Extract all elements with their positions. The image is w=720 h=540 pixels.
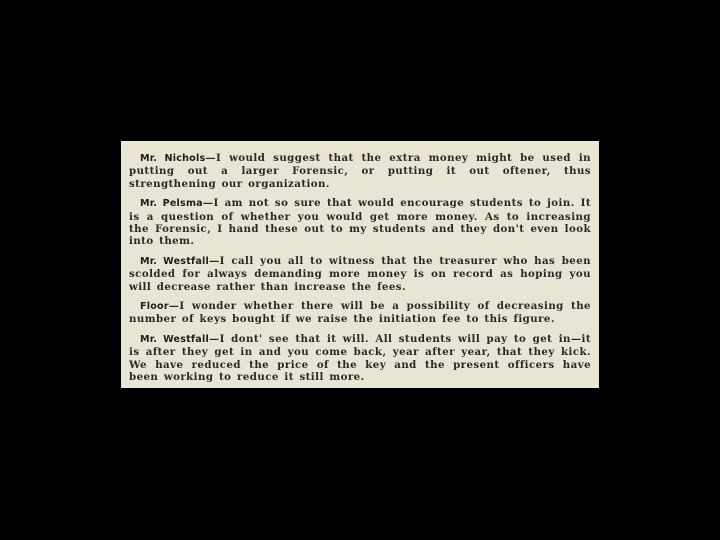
paragraph-westfall-2: Mr. Westfall—I dont' see that it will. A… — [129, 333, 591, 384]
paragraph-pelsma: Mr. Pelsma—I am not so sure that would e… — [129, 197, 591, 248]
clipping-text: Mr. Nichols—I would suggest that the ext… — [129, 152, 591, 391]
dash: — — [209, 333, 220, 345]
paragraph-text: I wonder whether there will be a possibi… — [129, 300, 591, 325]
speaker-name: Mr. Nichols — [140, 153, 205, 164]
speaker-name: Mr. Pelsma — [140, 198, 203, 209]
paragraph-floor: Floor—I wonder whether there will be a p… — [129, 300, 591, 326]
speaker-name: Floor — [140, 301, 169, 312]
dash: — — [203, 197, 214, 209]
paragraph-nichols: Mr. Nichols—I would suggest that the ext… — [129, 152, 591, 190]
newspaper-clipping: Mr. Nichols—I would suggest that the ext… — [121, 141, 599, 388]
dash: — — [169, 300, 180, 312]
dash: — — [209, 255, 220, 267]
speaker-name: Mr. Westfall — [140, 334, 209, 345]
paragraph-westfall-1: Mr. Westfall—I call you all to witness t… — [129, 255, 591, 293]
speaker-name: Mr. Westfall — [140, 256, 209, 267]
dash: — — [205, 152, 216, 164]
